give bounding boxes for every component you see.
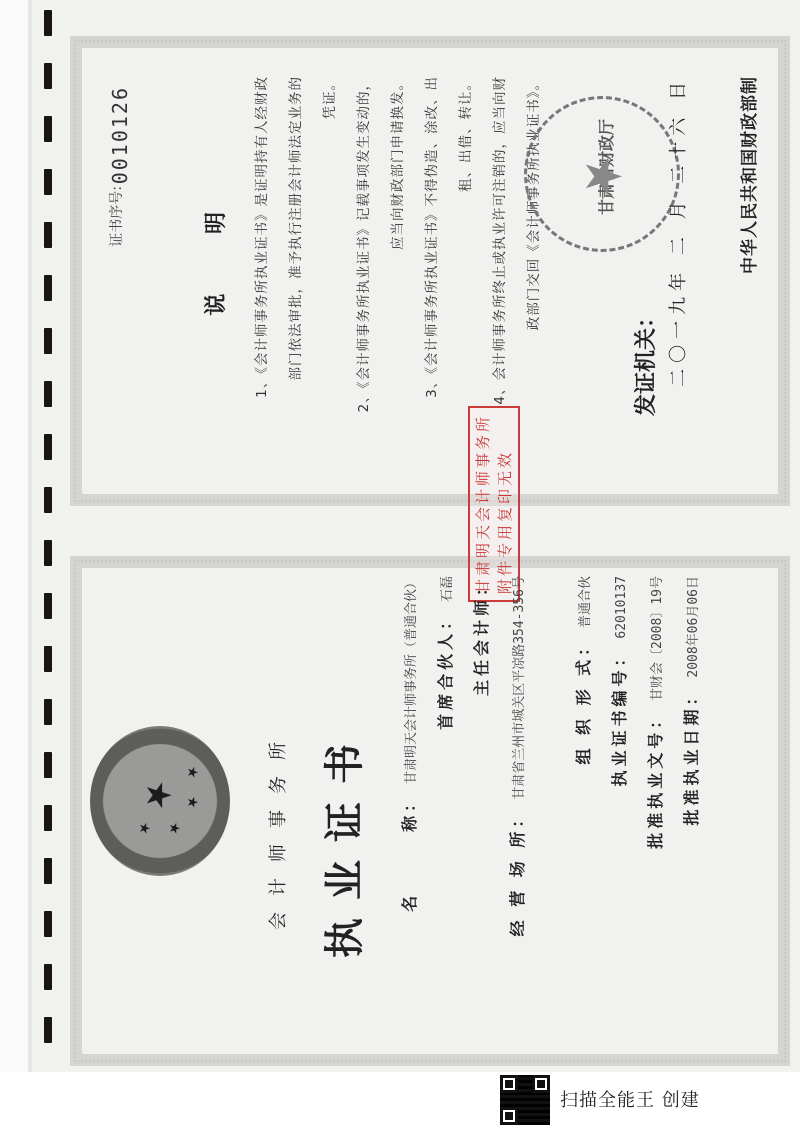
page-edge [28,0,32,1072]
explanation-item-line: 部门依法审批，准予执行注册会计师法定业务的 [284,76,304,516]
field-label: 首席合伙人： [436,610,455,730]
qr-finder [532,1075,550,1093]
certificate-field-row: 批准执业日期： 2008年06月06日 [679,576,702,1046]
field-label: 批准执业日期： [682,685,701,825]
binding-margin [0,0,28,1072]
serial-label: 证书序号: [106,186,126,247]
certificate-field-row: 批准执业文号： 甘财会〔2008〕19号 [643,576,666,1046]
national-emblem: ★ ★ ★ ★ ★ [90,726,230,876]
explanation-item-line: 2、《会计师事务所执业证书》记载事项发生变动的， [352,76,372,516]
official-seal: 甘肃省财政厅 ★ [524,96,680,252]
field-label: 经 营 场 所： [508,808,527,937]
binding-hole [44,169,52,195]
copy-stamp: 甘肃明天会计师事务所 附件专用复印无效 [468,406,520,602]
field-label: 名 称： [400,792,419,912]
certificate-title: 执业证书 [313,726,370,958]
binding-hole [44,593,52,619]
certificate-field-row: 执业证书编号： 62010137 [607,576,630,1046]
field-value: 甘财会〔2008〕19号 [650,576,665,709]
explanation-item-line: 3、《会计师事务所执业证书》不得伪造、涂改、出 [420,76,440,516]
binding-hole [44,964,52,990]
binding-hole [44,699,52,725]
certificate-field-row: 名 称： 甘肃明天会计师事务所（普通合伙） [397,576,420,1046]
binding-hole [44,10,52,36]
certificate-field-row: 经 营 场 所： 甘肃省兰州市城关区平凉路354-356号 [505,576,528,1046]
field-value: 甘肃明天会计师事务所（普通合伙） [404,576,419,792]
binding-hole [44,752,52,778]
binding-hole [44,487,52,513]
binding-hole [44,858,52,884]
field-label: 批准执业文号： [646,709,665,849]
binding-hole [44,911,52,937]
field-value: 石磊 [440,576,455,610]
binding-hole [44,646,52,672]
qr-code-icon [500,1075,550,1125]
certificate-field-row: 组 织 形 式： 普通合伙 [571,576,594,1046]
binding-hole [44,116,52,142]
certificate-field-row: 首席合伙人： 石磊 [433,576,456,1046]
scanner-watermark: 扫描全能王 创建 [560,1086,700,1112]
field-value: 普通合伙 [578,576,593,636]
binding-hole [44,540,52,566]
field-label: 组 织 形 式： [574,636,593,765]
explanation-heading: 说 明 [199,186,230,316]
qr-finder [500,1075,518,1093]
field-label: 执业证书编号： [610,646,629,786]
stamp-line-2: 附件专用复印无效 [494,414,516,594]
qr-finder [500,1107,518,1125]
certificate-field-row: 主任会计师： [469,576,492,1046]
rotated-certificate: 证书序号: 0010126 说 明 1、《会计师事务所执业证书》是证明持有人经财… [70,36,790,1066]
field-value: 甘肃省兰州市城关区平凉路354-356号 [512,576,527,808]
field-value: 2008年06月06日 [686,576,701,685]
issue-date: 二〇一九年 二 月 二十六 日 [664,76,690,387]
field-label: 主任会计师： [472,576,491,696]
serial-number: 0010126 [108,86,132,184]
binding-hole [44,434,52,460]
binding-hole [44,63,52,89]
field-value: 62010137 [614,576,629,646]
small-star-icon: ★ [184,796,200,809]
ministry-label: 中华人民共和国财政部制 [735,76,760,274]
binding-hole [44,805,52,831]
explanation-item-line: 凭证。 [318,76,338,516]
scanned-document: 证书序号: 0010126 说 明 1、《会计师事务所执业证书》是证明持有人经财… [0,0,800,1072]
binding-hole [44,275,52,301]
star-icon: ★ [574,154,632,199]
small-star-icon: ★ [136,822,152,835]
binding-hole [44,222,52,248]
binding-hole [44,381,52,407]
stamp-line-1: 甘肃明天会计师事务所 [472,414,494,594]
binding-hole [44,328,52,354]
explanation-item-line: 1、《会计师事务所执业证书》是证明持有人经财政 [250,76,270,516]
explanation-item-line: 应当向财政部门申请换发。 [386,76,406,516]
issuer-label: 发证机关： [629,306,660,416]
large-star-icon: ★ [138,780,178,810]
small-star-icon: ★ [184,766,200,779]
small-star-icon: ★ [166,822,182,835]
certificate-subtitle: 会计师事务所 [264,726,290,930]
binding-hole [44,1017,52,1043]
